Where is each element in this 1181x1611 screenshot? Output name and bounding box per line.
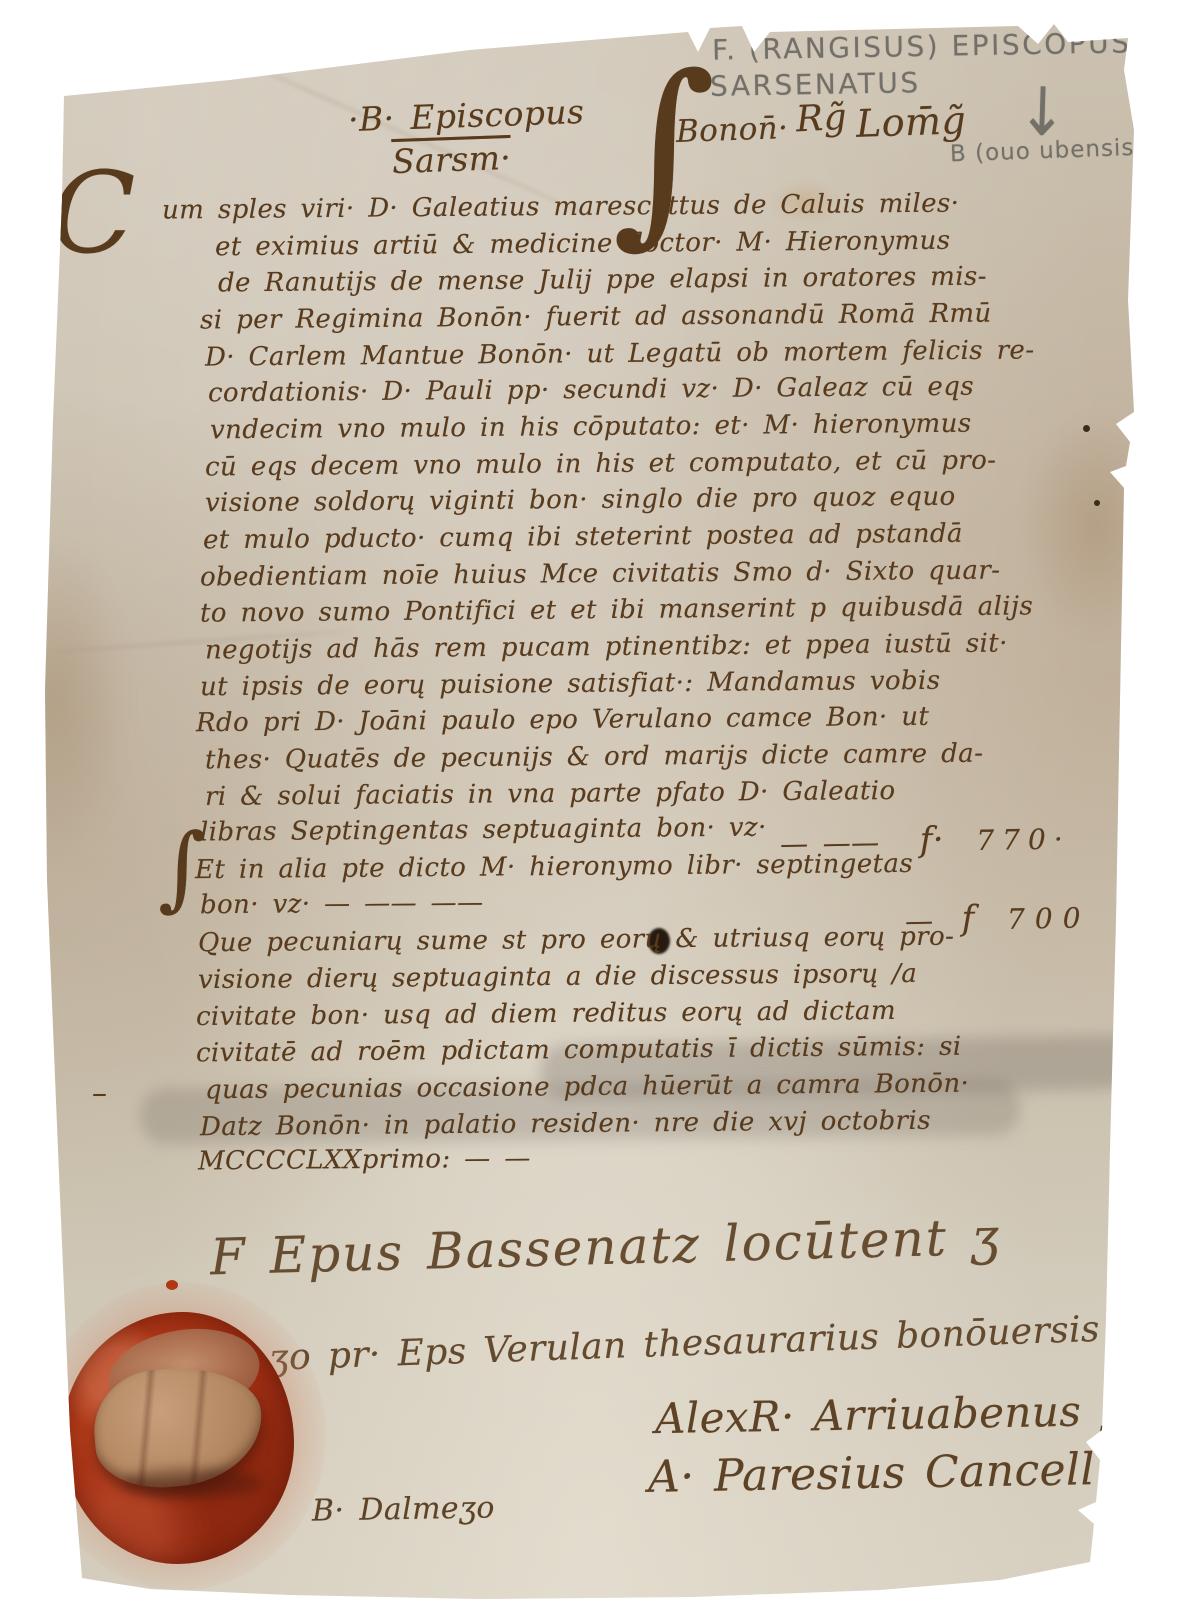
body-line: et eximius artiū & medicine doctor· M· H… [215,226,951,262]
body-line: vndecim vno mulo in his cōputato: et· M·… [210,409,972,446]
body-line: cordationis· D· Pauli pp· secundi vz· D·… [208,372,974,409]
heading-reg-abbrev: Rg̃ [795,97,848,141]
decorated-initial: C [50,158,136,270]
worm-hole-1 [1083,425,1090,432]
amount-value: 700 [1007,901,1091,935]
heading-bononia: Bonon̄· [675,110,788,150]
body-line: um sples viri· D· Galeatius marescottus … [162,189,960,226]
body-line: obedientiam noīe huius Mce civitatis Smo… [200,556,1001,593]
body-line: civitate bon· usq ad diem reditus eorų a… [196,996,896,1032]
stain-right-edge [1020,410,1170,640]
body-line: to novo sumo Pontifici et et ibi manseri… [200,591,1033,628]
body-line: et mulo pducto· cumq ibi steterint poste… [203,519,963,556]
amount-dash: — —— [780,826,880,861]
heading-address-top: ·B· Episcopus [347,92,585,139]
body-line: quas pecunias occasione pdca hūerūt a ca… [205,1069,969,1106]
body-line: ut ipsis de eorų puisione satisfiat·: Ma… [200,666,941,702]
amount-row-hieronymo: — f 700 [905,896,1091,939]
stain-left-edge [0,540,130,860]
signature-thesaurarius: ʒo pr· Eps Verulan thesaurarius bonōuers… [268,1306,1178,1379]
worm-hole-2 [1094,500,1100,506]
amount-value: 770· [976,822,1071,857]
margin-paragraph-bar: ∫ [158,822,206,914]
body-line: libras Septingentas septuaginta bon· vz· [200,813,767,848]
body-line: visione soldorų viginti bon· singlo die … [205,482,956,519]
florin-symbol: f [961,898,975,938]
manuscript-page: F. (RANGISUS) EPISCOPUS SARSENATUS ↓ B (… [0,0,1181,1611]
signature-arrivabene: AlexR· Arriuabenus ʒ [655,1386,1125,1443]
signature-locumtenens: F Epus Bassenatz locūtent ʒ [209,1208,1001,1287]
body-line: ri & solui faciatis in vna parte pfato D… [205,776,896,812]
body-line: Rdo pri D· Joāni paulo epo Verulano camc… [196,702,930,738]
wax-droplet [166,1280,178,1290]
body-line: Datz Bonōn· in palatio residen· nre die … [200,1106,931,1142]
signature-dalmezo: B· Dalmeʒo [312,1490,495,1528]
wax-seal-shadow [122,1468,262,1498]
amount-dash: — [905,904,934,937]
body-line: MCCCCLXXprimo: — — [198,1144,531,1177]
margin-dash: – [92,1076,107,1111]
pencil-annotation-note: B (ouo ubensis) [950,135,1145,168]
photo-background: F. (RANGISUS) EPISCOPUS SARSENATUS ↓ B (… [0,0,1181,1611]
amount-row-galeatio: — —— f· 770· [780,817,1071,862]
body-line: bon· vz· — —— —— [200,888,484,920]
body-line: negotijs ad hās rem pucam ptinentibz: et… [205,628,1008,665]
body-line: de Ranutijs de mense Julij ppe elapsi in… [218,262,987,299]
body-line: civitatē ad roēm pdictam computatis ī di… [196,1032,962,1069]
body-line: thes· Quatēs de pecunijs & ord marijs di… [205,739,984,776]
heading-locumtenens-abbrev: Lom̄g̃ [855,98,967,146]
pencil-annotation-line1: F. (RANGISUS) EPISCOPUS [712,26,1132,66]
signature-cancellarius: A· Paresius Cancell [648,1444,1096,1503]
body-line: visione dierų septuaginta a die discessu… [198,959,917,995]
body-line: D· Carlem Mantue Bonōn· ut Legatū ob mor… [205,335,1035,372]
body-line: Que pecuniarų sume st pro eorų & utriusq… [198,922,955,959]
body-line: si per Regimina Bonōn· fuerit ad assonan… [200,299,992,336]
heading-address-bottom: Sarsm· [391,138,511,181]
florin-symbol: f· [919,820,944,860]
body-line: cū eqs decem vno mulo in his et computat… [205,446,997,483]
